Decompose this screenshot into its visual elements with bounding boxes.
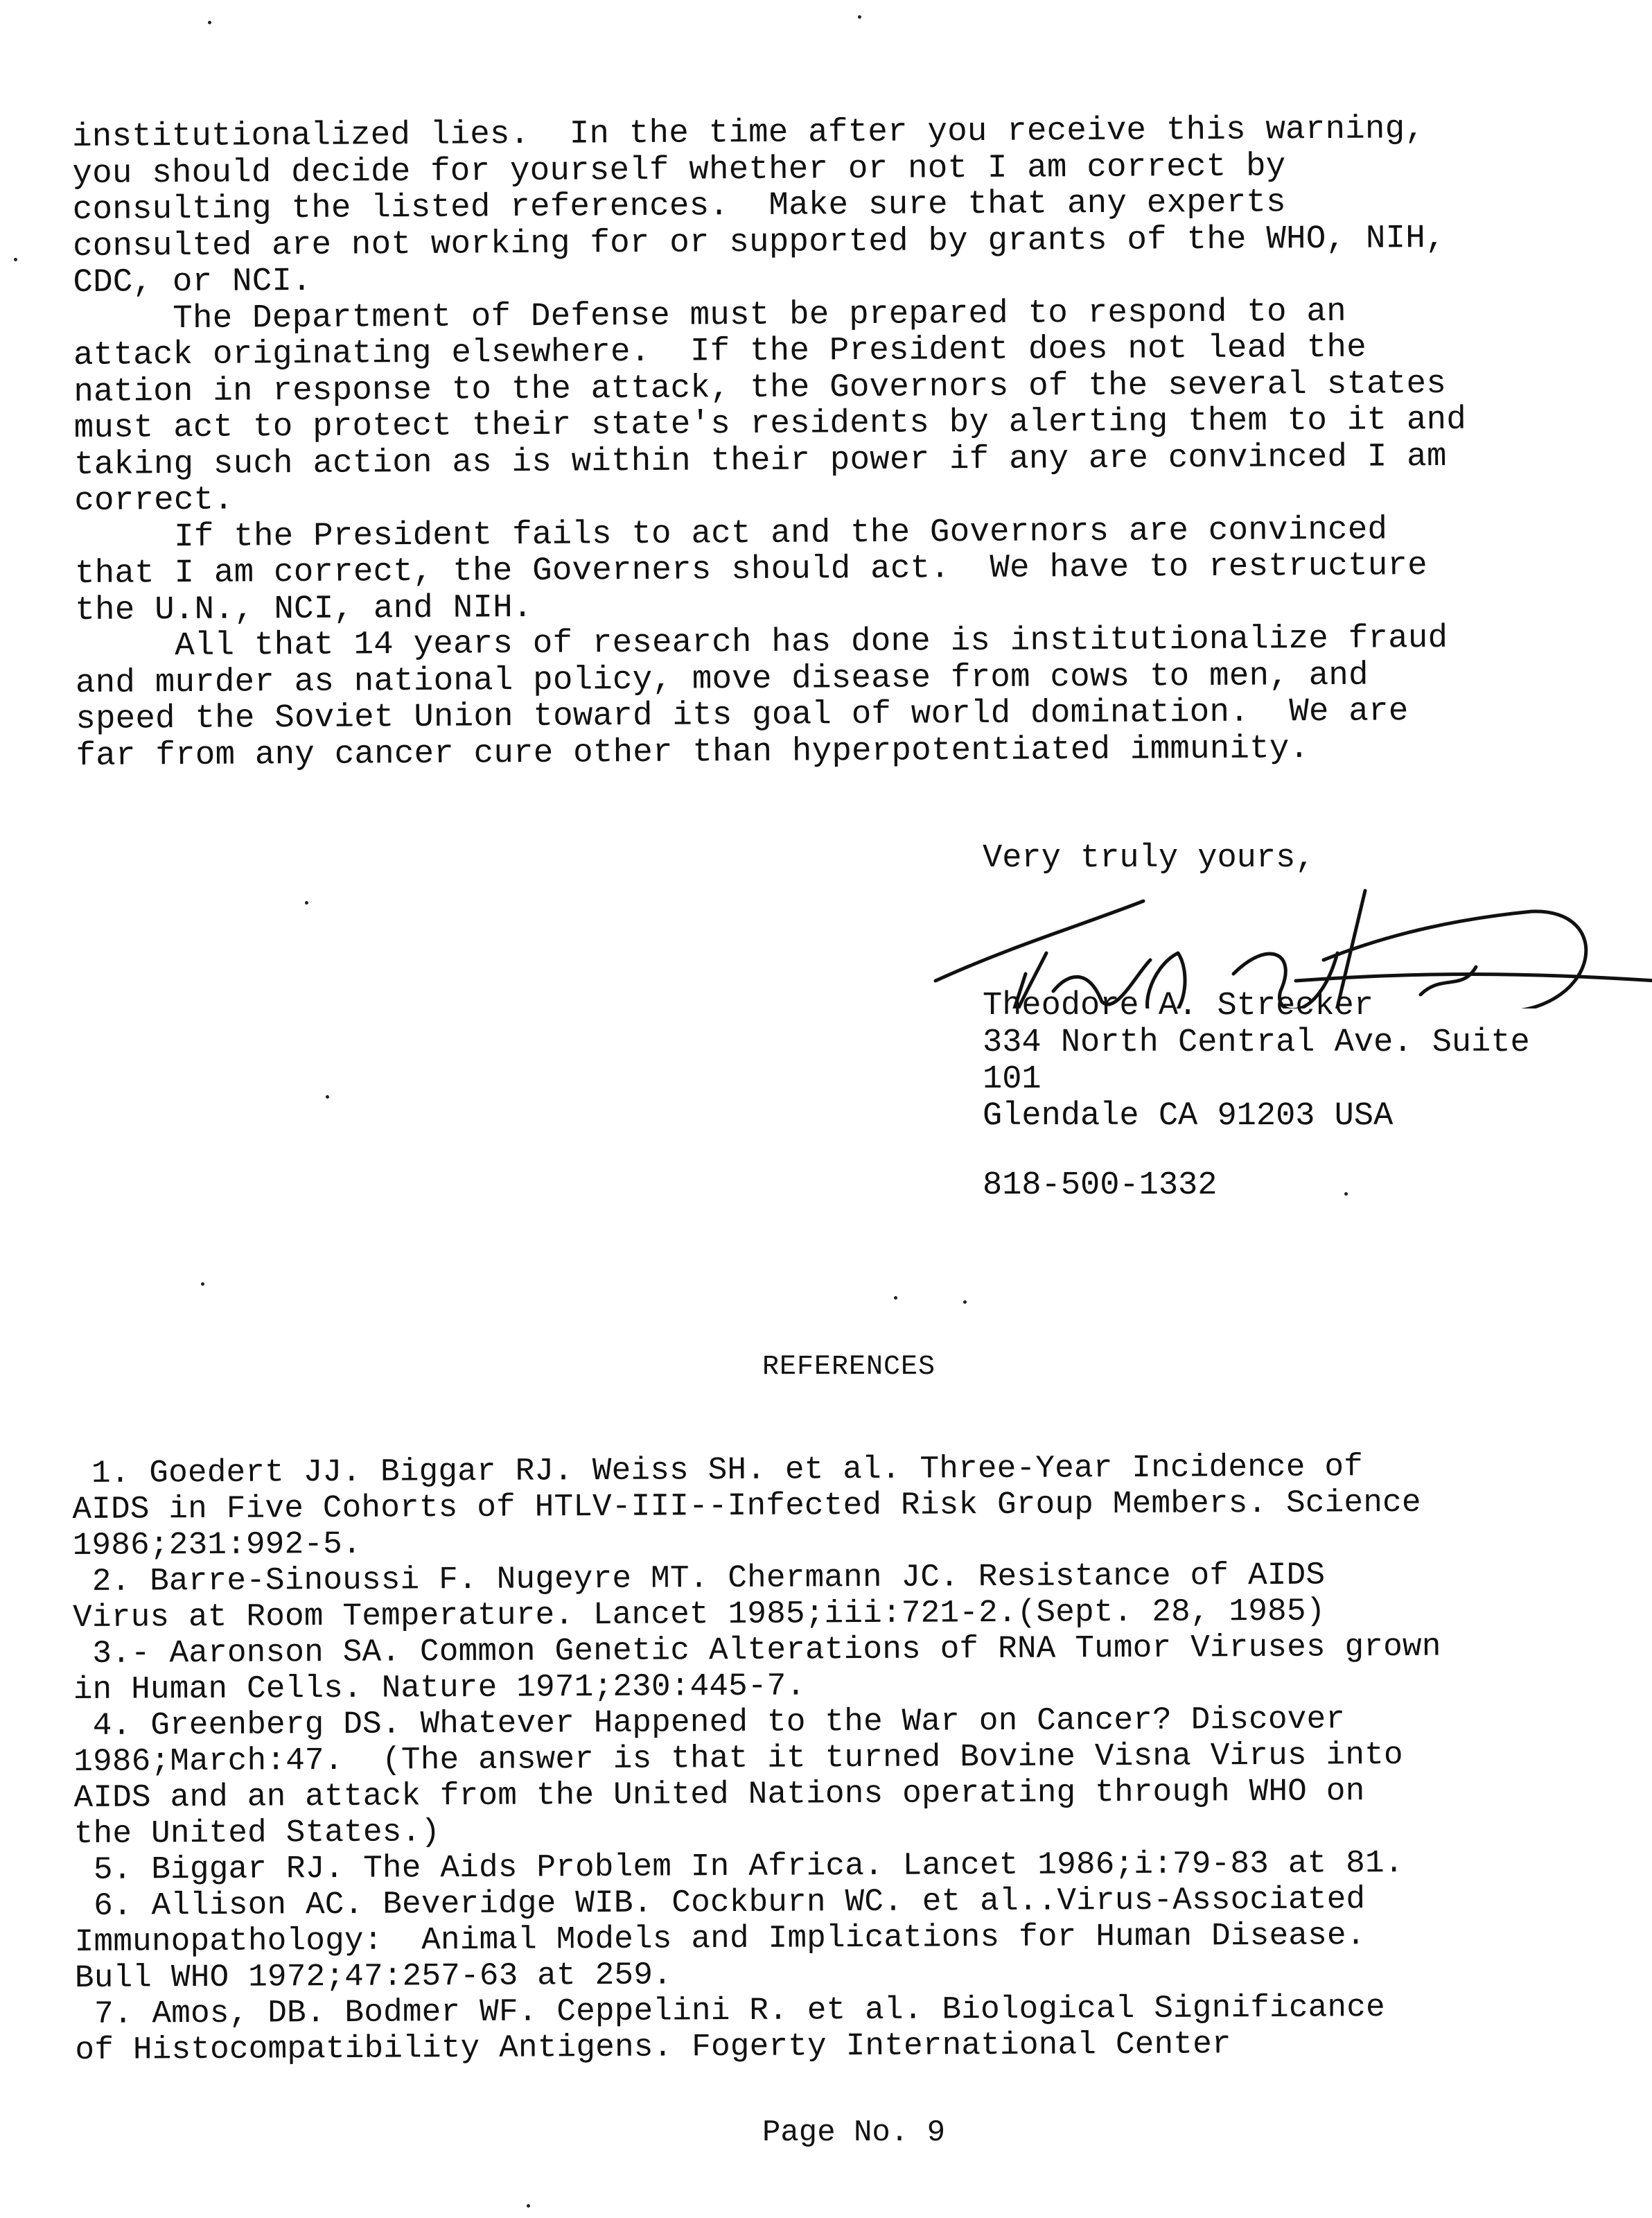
signature-block: Theodore A. Strecker 334 North Central A… xyxy=(983,988,1530,1135)
scan-speck xyxy=(305,901,308,905)
page-number: Page No. 9 xyxy=(762,2115,945,2150)
signer-phone: 818-500-1332 xyxy=(983,1167,1217,1204)
scan-speck xyxy=(963,1300,967,1304)
document-page: institutionalized lies. In the time afte… xyxy=(0,0,1652,2218)
address-line-1: 334 North Central Ave. Suite xyxy=(983,1024,1530,1061)
reference-item: 1. Goedert JJ. Biggar RJ. Weiss SH. et a… xyxy=(72,1447,1646,1564)
scan-speck xyxy=(201,1282,204,1286)
letter-body: institutionalized lies. In the time afte… xyxy=(72,110,1649,774)
scan-speck xyxy=(894,1296,897,1300)
scan-speck xyxy=(208,21,211,24)
reference-item: 4. Greenberg DS. Whatever Happened to th… xyxy=(73,1700,1647,1852)
scan-speck xyxy=(1344,1192,1348,1196)
reference-item: 3.- Aaronson SA. Common Genetic Alterati… xyxy=(73,1627,1646,1708)
address-line-3: Glendale CA 91203 USA xyxy=(983,1098,1530,1135)
references-list: 1. Goedert JJ. Biggar RJ. Weiss SH. et a… xyxy=(72,1447,1649,2068)
reference-item: 6. Allison AC. Beveridge WIB. Cockburn W… xyxy=(74,1880,1648,1996)
reference-item: 7. Amos, DB. Bodmer WF. Ceppelini R. et … xyxy=(75,1988,1649,2068)
scan-speck xyxy=(14,258,17,261)
scan-speck xyxy=(326,1095,329,1099)
scan-speck xyxy=(527,2204,530,2208)
references-heading: REFERENCES xyxy=(762,1352,935,1383)
scan-speck xyxy=(858,15,861,19)
address-line-2: 101 xyxy=(983,1061,1530,1098)
signer-name: Theodore A. Strecker xyxy=(983,988,1530,1024)
reference-line: of Histocompatibility Antigens. Fogerty … xyxy=(75,2024,1648,2068)
reference-item: 2. Barre-Sinoussi F. Nugeyre MT. Cherman… xyxy=(73,1555,1646,1636)
